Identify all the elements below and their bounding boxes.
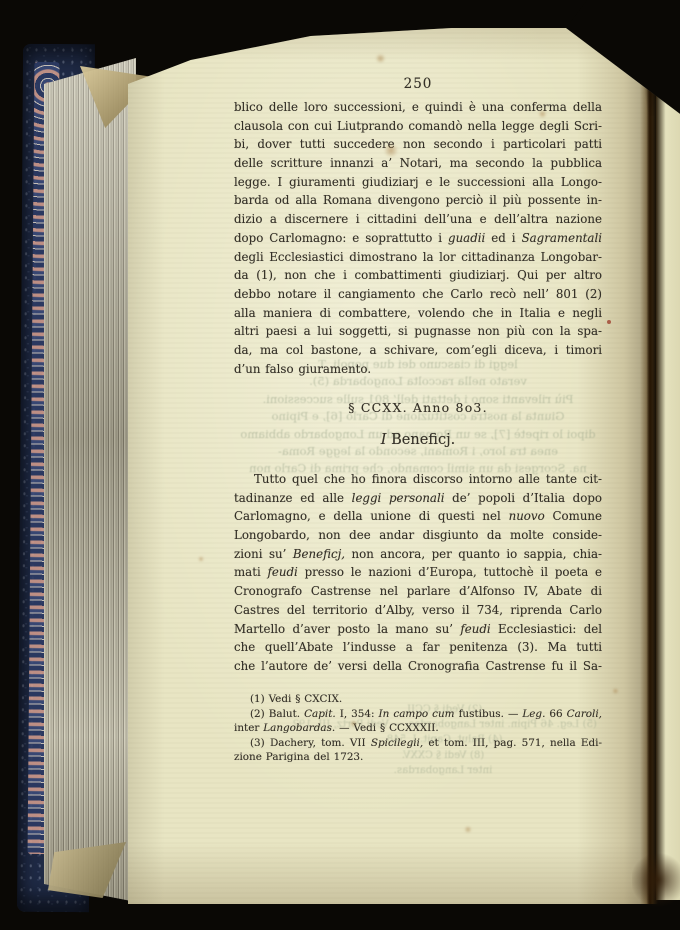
footnotes: (1) Vedi § CXCIX.(2) Balut. Capit. I, 35…: [234, 692, 602, 765]
text-line: da, ma col bastone, a schivare, com’egli…: [234, 341, 602, 360]
shadow-bottom-right: [632, 852, 680, 908]
text-line: debbo notare il cangiamento che Carlo re…: [234, 285, 602, 304]
text-line: d’un falso giuramento.: [234, 360, 602, 379]
foxing-stain: [538, 110, 547, 118]
chapter-subheading: I Beneficj.: [234, 432, 602, 448]
ink-speck: [607, 320, 611, 324]
text-line: alla maniera di combattere, volendo che …: [234, 304, 602, 323]
fanned-page-edges: [44, 54, 136, 908]
text-line: altri paesi a lui soggetti, si pugnasse …: [234, 322, 602, 341]
text-line: legge. I giuramenti giudiziarj e le succ…: [234, 173, 602, 192]
foxing-stain: [375, 54, 386, 63]
text-line: che quell’Abate l’indusse a far penitenz…: [234, 638, 602, 657]
text-line: (2) Balut. Capit. I, 354: In campo cum f…: [234, 707, 602, 722]
text-line: zione Parigina del 1723.: [234, 750, 602, 765]
book-page: leggi di ciascuno dei due popoli. Tverat…: [128, 26, 650, 904]
text-line: che l’autore de’ versi della Cronografia…: [234, 657, 602, 676]
body-paragraph-2: Tutto quel che ho finora discorso intorn…: [234, 470, 602, 676]
foxing-stain: [383, 144, 399, 157]
text-line: Cronografo Castrense nel parlare d’Alfon…: [234, 582, 602, 601]
text-line: mati feudi presso le nazioni d’Europa, t…: [234, 563, 602, 582]
text-line: inter Langobardas.: [278, 763, 608, 778]
text-line: Carlomagno, e della unione di questi nel…: [234, 507, 602, 526]
foxing-stain: [464, 826, 472, 833]
page-number: 250: [234, 76, 602, 92]
text-line: zioni su’ Beneficj, non ancora, per quan…: [234, 545, 602, 564]
foxing-stain: [198, 556, 204, 562]
text-line: (3) Dachery, tom. VII Spicilegii, et tom…: [234, 736, 602, 751]
foxing-stain: [350, 720, 357, 727]
text-line: Tutto quel che ho finora discorso intorn…: [234, 470, 602, 489]
text-line: dizio a discernere i cittadini dell’una …: [234, 210, 602, 229]
section-heading: § CCXX. Anno 8o3.: [234, 400, 602, 415]
text-line: barda od alla Romana divengono perciò il…: [234, 191, 602, 210]
text-line: Longobardo, non dee andar disgiunto da m…: [234, 526, 602, 545]
text-line: da (1), non che i combattimenti giudizia…: [234, 266, 602, 285]
text-line: Castres del territorio d’Alby, verso il …: [234, 601, 602, 620]
text-line: degli Ecclesiastici dimostrano la lor ci…: [234, 248, 602, 267]
text-line: (1) Vedi § CXCIX.: [234, 692, 602, 707]
text-line: delle scritture innanzi a’ Notari, ma se…: [234, 154, 602, 173]
body-paragraph-1: blico delle loro successioni, e quindi è…: [234, 98, 602, 378]
facing-page-edge: [656, 40, 680, 900]
text-line: tadinanze ed alle leggi personali de’ po…: [234, 489, 602, 508]
text-line: bi, dover tutti succedere non secondo i …: [234, 135, 602, 154]
text-line: clausola con cui Liutprando comandò nell…: [234, 117, 602, 136]
text-line: dopo Carlomagno: e soprattutto i guadii …: [234, 229, 602, 248]
foxing-stain: [612, 688, 619, 694]
scanned-book-photo: leggi di ciascuno dei due popoli. Tverat…: [0, 0, 680, 930]
text-line: inter Langobardas. — Vedi § CCXXXII.: [234, 721, 602, 736]
text-line: Martello d’aver posto la mano su’ feudi …: [234, 620, 602, 639]
